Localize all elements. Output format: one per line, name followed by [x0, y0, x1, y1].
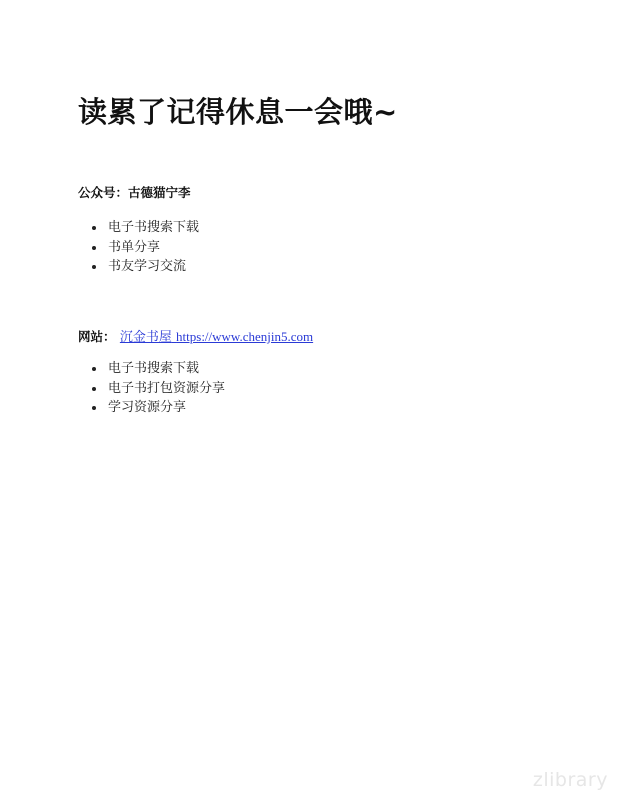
- website-label-row: 网站： 沉金书屋 https://www.chenjin5.com: [78, 326, 313, 345]
- list-item: 电子书搜索下载: [108, 218, 199, 238]
- website-feature-list: 电子书搜索下载 电子书打包资源分享 学习资源分享: [78, 359, 225, 418]
- website-link-url: https://www.chenjin5.com: [176, 329, 313, 344]
- website-link[interactable]: 沉金书屋 https://www.chenjin5.com: [120, 330, 313, 345]
- website-label: 网站：: [78, 329, 116, 344]
- zlibrary-watermark: zlibrary: [533, 769, 608, 791]
- wechat-account-label: 公众号：古德猫宁李: [78, 183, 191, 201]
- list-item: 书友学习交流: [108, 257, 199, 277]
- list-item: 电子书打包资源分享: [108, 379, 225, 399]
- page-title: 读累了记得休息一会哦~: [78, 90, 398, 131]
- wechat-feature-list: 电子书搜索下载 书单分享 书友学习交流: [78, 218, 199, 277]
- list-item: 电子书搜索下载: [108, 359, 225, 379]
- list-item: 学习资源分享: [108, 398, 225, 418]
- list-item: 书单分享: [108, 238, 199, 258]
- website-link-name: 沉金书屋: [120, 330, 172, 345]
